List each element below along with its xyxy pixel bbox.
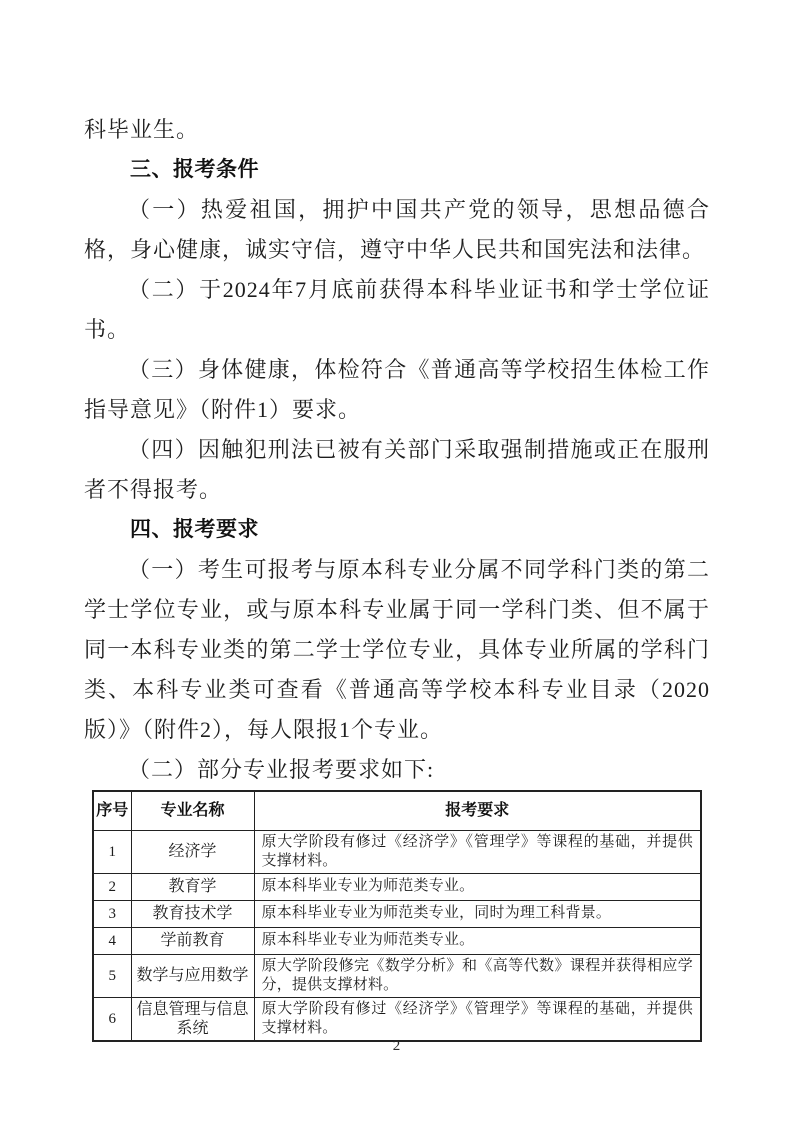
table-cell-no: 3 (93, 900, 131, 927)
table-cell-major: 教育技术学 (131, 900, 254, 927)
section-four-item-1: （一）考生可报考与原本科专业分属不同学科门类的第二学士学位专业，或与原本科专业属… (84, 550, 710, 750)
section-three-item-3: （三）身体健康，体检符合《普通高等学校招生体检工作指导意见》（附件1）要求。 (84, 350, 710, 430)
table-cell-requirement: 原大学阶段修完《数学分析》和《高等代数》课程并获得相应学分，提供支撑材料。 (254, 954, 701, 997)
header-cell-requirement: 报考要求 (254, 791, 701, 830)
table-cell-major: 学前教育 (131, 927, 254, 954)
table-header-row: 序号 专业名称 报考要求 (93, 791, 701, 830)
table-row: 3 教育技术学 原本科毕业专业为师范类专业，同时为理工科背景。 (93, 900, 701, 927)
document-page: 科毕业生。 三、报考条件 （一）热爱祖国，拥护中国共产党的领导，思想品德合格，身… (0, 0, 793, 1122)
requirements-table: 序号 专业名称 报考要求 1 经济学 原大学阶段有修过《经济学》《管理学》等课程… (92, 790, 702, 1042)
document-content: 科毕业生。 三、报考条件 （一）热爱祖国，拥护中国共产党的领导，思想品德合格，身… (84, 110, 710, 1042)
table-row: 5 数学与应用数学 原大学阶段修完《数学分析》和《高等代数》课程并获得相应学分，… (93, 954, 701, 997)
table-cell-no: 6 (93, 997, 131, 1041)
table-cell-requirement: 原大学阶段有修过《经济学》《管理学》等课程的基础，并提供支撑材料。 (254, 997, 701, 1041)
header-cell-major: 专业名称 (131, 791, 254, 830)
table-row: 2 教育学 原本科毕业专业为师范类专业。 (93, 873, 701, 900)
table-row: 6 信息管理与信息系统 原大学阶段有修过《经济学》《管理学》等课程的基础，并提供… (93, 997, 701, 1041)
section-three-item-4: （四）因触犯刑法已被有关部门采取强制措施或正在服刑者不得报考。 (84, 430, 710, 510)
table-cell-requirement: 原本科毕业专业为师范类专业，同时为理工科背景。 (254, 900, 701, 927)
table-cell-no: 5 (93, 954, 131, 997)
table-cell-requirement: 原本科毕业专业为师范类专业。 (254, 927, 701, 954)
table-cell-no: 4 (93, 927, 131, 954)
table-cell-requirement: 原大学阶段有修过《经济学》《管理学》等课程的基础，并提供支撑材料。 (254, 830, 701, 873)
header-cell-no: 序号 (93, 791, 131, 830)
table-cell-no: 1 (93, 830, 131, 873)
section-three-item-2: （二）于2024年7月底前获得本科毕业证书和学士学位证书。 (84, 270, 710, 350)
section-four-heading: 四、报考要求 (84, 510, 710, 550)
section-three-item-1: （一）热爱祖国，拥护中国共产党的领导，思想品德合格，身心健康，诚实守信，遵守中华… (84, 190, 710, 270)
table-row: 1 经济学 原大学阶段有修过《经济学》《管理学》等课程的基础，并提供支撑材料。 (93, 830, 701, 873)
table-cell-major: 经济学 (131, 830, 254, 873)
continuation-paragraph: 科毕业生。 (84, 110, 710, 150)
table-cell-no: 2 (93, 873, 131, 900)
page-number: 2 (0, 1038, 793, 1055)
section-three-heading: 三、报考条件 (84, 150, 710, 190)
table-cell-major: 数学与应用数学 (131, 954, 254, 997)
table-cell-requirement: 原本科毕业专业为师范类专业。 (254, 873, 701, 900)
table-row: 4 学前教育 原本科毕业专业为师范类专业。 (93, 927, 701, 954)
table-cell-major: 教育学 (131, 873, 254, 900)
section-four-item-2: （二）部分专业报考要求如下: (84, 750, 710, 790)
table-cell-major: 信息管理与信息系统 (131, 997, 254, 1041)
